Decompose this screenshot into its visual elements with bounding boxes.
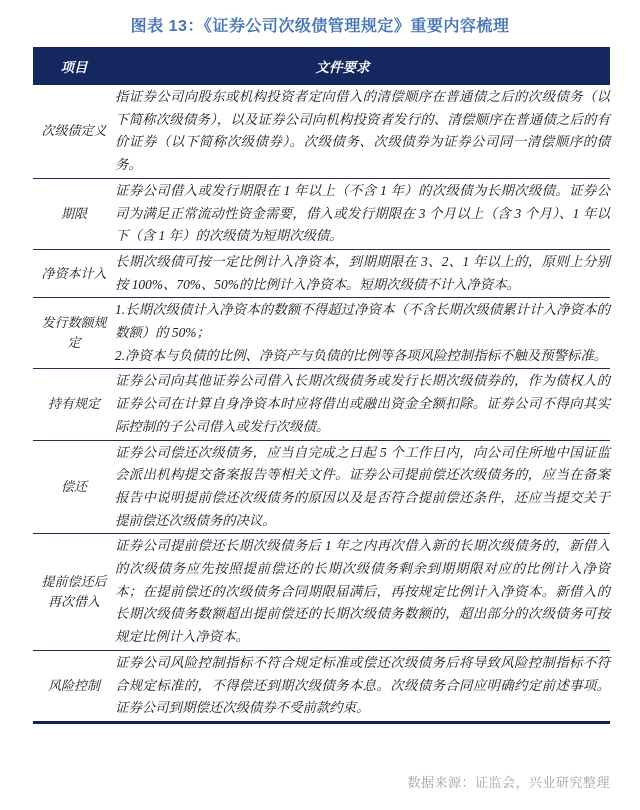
requirement-paragraph: 证券公司风险控制指标不符合规定标准或偿还次级债务后将导致风险控制指标不符合规定标… [115,652,610,720]
row-item-label: 发行数额规定 [33,298,115,368]
row-requirement: 证券公司提前偿还长期次级债务后 1 年之内再次借入新的长期次级债务的，新借入的次… [115,534,610,650]
row-requirement: 证券公司向其他证券公司借入长期次级债务或发行长期次级债券的，作为债权人的证券公司… [115,369,610,439]
row-item-label: 风险控制 [33,651,115,721]
row-item-label: 次级债定义 [33,85,115,178]
header-item-column: 项目 [33,56,115,76]
row-requirement: 指证券公司向股东或机构投资者定向借入的清偿顺序在普通债之后的次级债务（以下简称次… [115,85,610,178]
table-row: 发行数额规定 1.长期次级债计入净资本的数额不得超过净资本（不含长期次级债累计计… [33,298,610,369]
requirement-paragraph: 证券公司偿还次级债务，应当自完成之日起 5 个工作日内，向公司住所地中国证监会派… [115,442,610,533]
row-requirement: 1.长期次级债计入净资本的数额不得超过净资本（不含长期次级债累计计入净资本的数额… [115,298,610,368]
row-requirement: 证券公司风险控制指标不符合规定标准或偿还次级债务后将导致风险控制指标不符合规定标… [115,651,610,721]
regulation-table: 项目 文件要求 次级债定义 指证券公司向股东或机构投资者定向借入的清偿顺序在普通… [33,47,610,724]
row-requirement: 证券公司偿还次级债务，应当自完成之日起 5 个工作日内，向公司住所地中国证监会派… [115,441,610,534]
figure-title: 图表 13：《证券公司次级债管理规定》重要内容梳理 [0,13,640,36]
row-item-label: 偿还 [33,441,115,534]
requirement-paragraph: 长期次级债可按一定比例计入净资本，到期期限在 3、2、1 年以上的，原则上分别按… [115,251,610,296]
row-requirement: 长期次级债可按一定比例计入净资本，到期期限在 3、2、1 年以上的，原则上分别按… [115,250,610,297]
row-requirement: 证券公司借入或发行期限在 1 年以上（不含 1 年）的次级债为长期次级债。证券公… [115,179,610,249]
row-item-label: 提前偿还后再次借入 [33,534,115,650]
requirement-paragraph: 指证券公司向股东或机构投资者定向借入的清偿顺序在普通债之后的次级债务（以下简称次… [115,86,610,177]
table-row: 持有规定 证券公司向其他证券公司借入长期次级债务或发行长期次级债券的，作为债权人… [33,369,610,440]
header-requirement-column: 文件要求 [115,56,610,76]
requirement-paragraph: 证券公司提前偿还长期次级债务后 1 年之内再次借入新的长期次级债务的，新借入的次… [115,535,610,649]
table-row: 净资本计入 长期次级债可按一定比例计入净资本，到期期限在 3、2、1 年以上的，… [33,250,610,298]
row-item-label: 期限 [33,179,115,249]
row-item-label: 净资本计入 [33,250,115,297]
table-row: 偿还 证券公司偿还次级债务，应当自完成之日起 5 个工作日内，向公司住所地中国证… [33,441,610,535]
requirement-paragraph: 1.长期次级债计入净资本的数额不得超过净资本（不含长期次级债累计计入净资本的数额… [115,299,610,344]
row-item-label: 持有规定 [33,369,115,439]
table-row: 风险控制 证券公司风险控制指标不符合规定标准或偿还次级债务后将导致风险控制指标不… [33,651,610,721]
data-source: 数据来源：证监会，兴业研究整理 [407,772,610,791]
table-row: 期限 证券公司借入或发行期限在 1 年以上（不含 1 年）的次级债为长期次级债。… [33,179,610,250]
table-row: 次级债定义 指证券公司向股东或机构投资者定向借入的清偿顺序在普通债之后的次级债务… [33,85,610,179]
requirement-paragraph: 2.净资本与负债的比例、净资产与负债的比例等各项风险控制指标不触及预警标准。 [115,345,610,368]
requirement-paragraph: 证券公司向其他证券公司借入长期次级债务或发行长期次级债券的，作为债权人的证券公司… [115,370,610,438]
table-header-row: 项目 文件要求 [33,47,610,85]
table-row: 提前偿还后再次借入 证券公司提前偿还长期次级债务后 1 年之内再次借入新的长期次… [33,534,610,651]
requirement-paragraph: 证券公司借入或发行期限在 1 年以上（不含 1 年）的次级债为长期次级债。证券公… [115,180,610,248]
